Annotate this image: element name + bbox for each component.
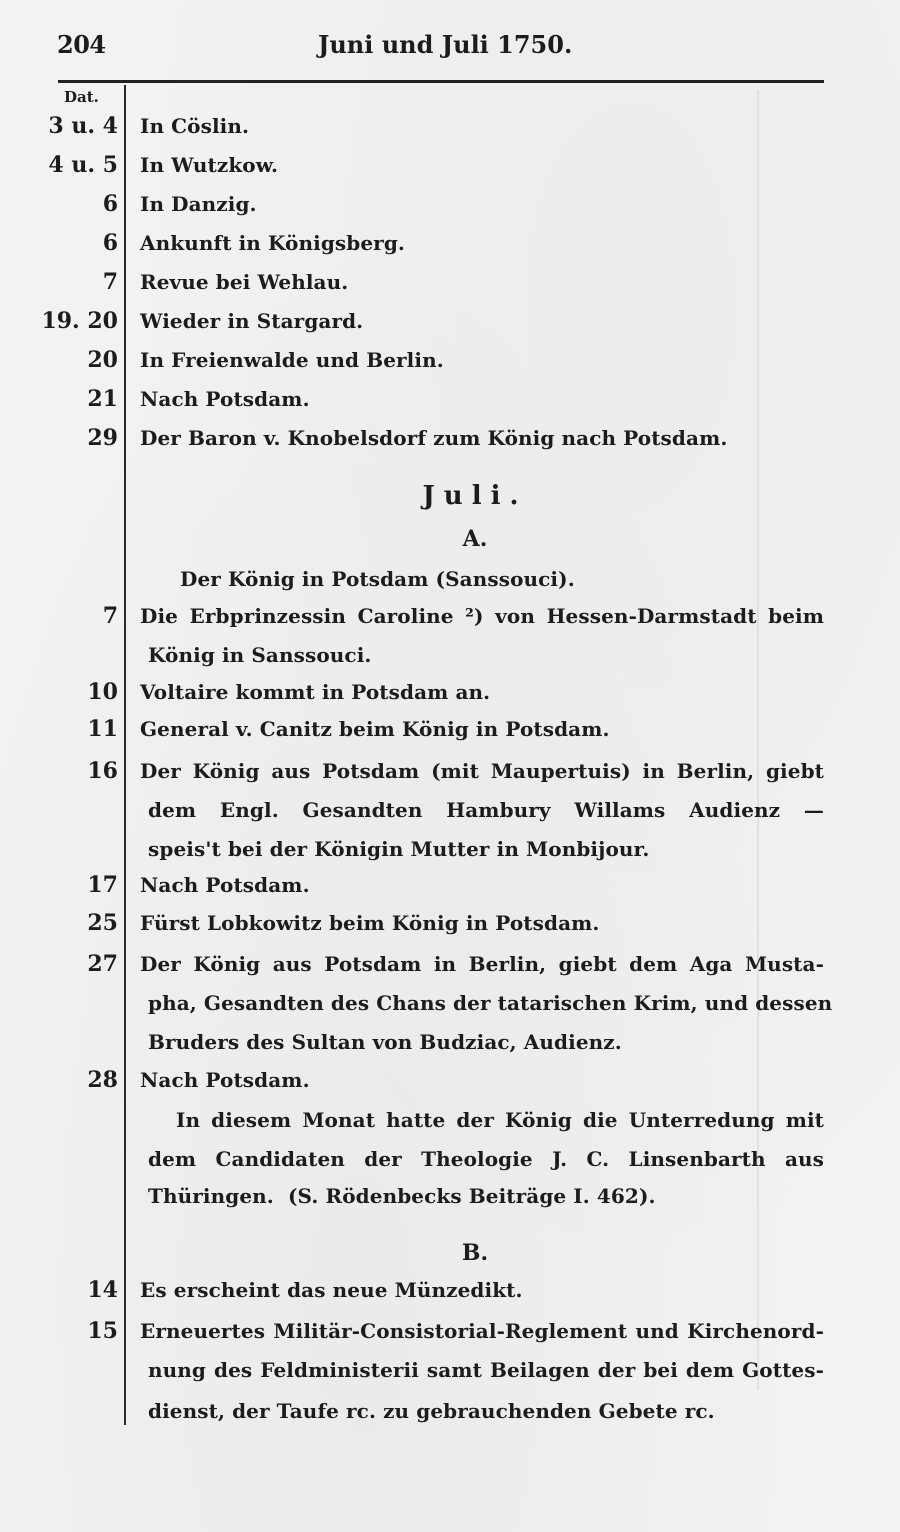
note-text: dem Candidaten der Theologie J. C. Linse…: [148, 1147, 824, 1171]
running-title: Juni und Juli 1750.: [318, 30, 572, 59]
entry-row: 20 In Freienwalde und Berlin.: [0, 347, 900, 385]
entry-row: 28 Nach Potsdam.: [0, 1067, 900, 1105]
entry-row: 4 u. 5 In Wutzkow.: [0, 152, 900, 190]
entry-date: 19. 20: [41, 308, 118, 334]
entry-date: 28: [87, 1067, 118, 1093]
entry-text: Fürst Lobkowitz beim König in Potsdam.: [140, 911, 599, 935]
entry-date: 29: [87, 425, 118, 451]
entry-date: 15: [87, 1318, 118, 1344]
entry-row: 7 Revue bei Wehlau.: [0, 269, 900, 307]
entry-text: Wieder in Stargard.: [140, 309, 363, 333]
entry-text: Erneuertes Militär-Consistorial-Reglemen…: [140, 1319, 824, 1343]
entry-date: 6: [103, 191, 118, 217]
entry-text: Revue bei Wehlau.: [140, 270, 348, 294]
entry-text: In Danzig.: [140, 192, 257, 216]
entry-text: Der Baron v. Knobelsdorf zum König nach …: [140, 426, 727, 450]
entry-date: 10: [87, 679, 118, 705]
section-b-heading: B.: [126, 1240, 824, 1266]
entry-text: Es erscheint das neue Münzedikt.: [140, 1278, 523, 1302]
entry-date: 3 u. 4: [48, 113, 118, 139]
entry-text: In Freienwalde und Berlin.: [140, 348, 444, 372]
entry-row: 11 General v. Canitz beim König in Potsd…: [0, 716, 900, 754]
entry-date: 14: [87, 1277, 118, 1303]
entry-text: Der König aus Potsdam (mit Maupertuis) i…: [140, 759, 824, 783]
entry-text: dienst, der Taufe rc. zu gebrauchenden G…: [148, 1399, 715, 1423]
entry-row: 6 Ankunft in Königsberg.: [0, 230, 900, 268]
entry-text: Nach Potsdam.: [140, 1068, 310, 1092]
entry-row: 16 Der König aus Potsdam (mit Maupertuis…: [0, 758, 900, 796]
entry-date: 11: [87, 716, 118, 742]
entry-row: 10 Voltaire kommt in Potsdam an.: [0, 679, 900, 717]
section-a-heading: A.: [126, 526, 824, 552]
entry-date: 4 u. 5: [48, 152, 118, 178]
entry-continuation: König in Sanssouci.: [0, 642, 900, 680]
entry-text: dem Engl. Gesandten Hambury Willams Audi…: [148, 798, 824, 822]
entry-date: 17: [87, 872, 118, 898]
page-number: 204: [57, 30, 106, 59]
entry-date: 6: [103, 230, 118, 256]
entry-text: In Cöslin.: [140, 114, 249, 138]
entry-date: 7: [103, 269, 118, 295]
month-heading: Juli.: [126, 481, 824, 511]
entry-date: 25: [87, 910, 118, 936]
entry-text: Ankunft in Königsberg.: [140, 231, 405, 255]
entry-text: Voltaire kommt in Potsdam an.: [140, 680, 490, 704]
date-column-header: Dat.: [64, 88, 99, 106]
entry-row: 27 Der König aus Potsdam in Berlin, gieb…: [0, 951, 900, 989]
entry-continuation: dem Engl. Gesandten Hambury Willams Audi…: [0, 797, 900, 835]
entry-text: nung des Feldministerii samt Beilagen de…: [148, 1358, 824, 1382]
entry-date: 7: [103, 603, 118, 629]
entry-continuation: dienst, der Taufe rc. zu gebrauchenden G…: [0, 1398, 900, 1436]
book-page: 204 Juni und Juli 1750. Dat. 3 u. 4 In C…: [0, 0, 900, 1532]
entry-row: 6 In Danzig.: [0, 191, 900, 229]
entry-continuation: pha, Gesandten des Chans der tatarischen…: [0, 990, 900, 1028]
entry-text: Nach Potsdam.: [140, 873, 310, 897]
entry-text: Bruders des Sultan von Budziac, Audienz.: [148, 1030, 622, 1054]
entry-row: 7 Die Erbprinzessin Caroline ²) von Hess…: [0, 603, 900, 641]
note-text: Thüringen. (S. Rödenbecks Beiträge I. 46…: [148, 1184, 656, 1208]
entry-row: 17 Nach Potsdam.: [0, 872, 900, 910]
entry-row: 3 u. 4 In Cöslin.: [0, 113, 900, 151]
entry-text: pha, Gesandten des Chans der tatarischen…: [148, 991, 824, 1015]
note-line: Thüringen. (S. Rödenbecks Beiträge I. 46…: [0, 1183, 900, 1221]
entry-date: 16: [87, 758, 118, 784]
entry-date: 21: [87, 386, 118, 412]
entry-text: General v. Canitz beim König in Potsdam.: [140, 717, 610, 741]
entry-row: 15 Erneuertes Militär-Consistorial-Regle…: [0, 1318, 900, 1356]
entry-row: 19. 20 Wieder in Stargard.: [0, 308, 900, 346]
entry-continuation: speis't bei der Königin Mutter in Monbij…: [0, 836, 900, 874]
entry-row: 29 Der Baron v. Knobelsdorf zum König na…: [0, 425, 900, 463]
entry-text: Der König aus Potsdam in Berlin, giebt d…: [140, 952, 824, 976]
section-subtitle: Der König in Potsdam (Sanssouci).: [180, 567, 575, 591]
entry-continuation: nung des Feldministerii samt Beilagen de…: [0, 1357, 900, 1395]
entry-date: 27: [87, 951, 118, 977]
header-rule: [58, 80, 824, 83]
entry-text: Die Erbprinzessin Caroline ²) von Hessen…: [140, 604, 824, 628]
entry-date: 20: [87, 347, 118, 373]
section-subtitle-row: Der König in Potsdam (Sanssouci).: [0, 566, 900, 604]
note-line: dem Candidaten der Theologie J. C. Linse…: [0, 1146, 900, 1184]
note-line: In diesem Monat hatte der König die Unte…: [0, 1107, 900, 1145]
entry-text: Nach Potsdam.: [140, 387, 310, 411]
entry-continuation: Bruders des Sultan von Budziac, Audienz.: [0, 1029, 900, 1067]
entry-text: speis't bei der Königin Mutter in Monbij…: [148, 837, 649, 861]
note-text: In diesem Monat hatte der König die Unte…: [176, 1108, 824, 1132]
entry-row: 21 Nach Potsdam.: [0, 386, 900, 424]
entry-text: König in Sanssouci.: [148, 643, 371, 667]
entry-row: 14 Es erscheint das neue Münzedikt.: [0, 1277, 900, 1315]
entry-text: In Wutzkow.: [140, 153, 278, 177]
entry-row: 25 Fürst Lobkowitz beim König in Potsdam…: [0, 910, 900, 948]
